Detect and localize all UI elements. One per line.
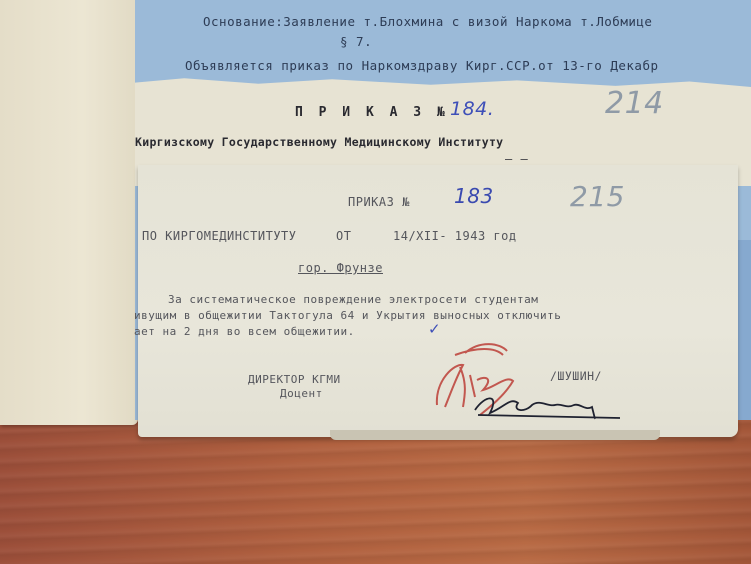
order-184-dashes: – –	[505, 152, 528, 166]
order-184-title: П Р И К А З №	[295, 105, 449, 120]
order-183-from-label: ОТ	[336, 229, 351, 243]
announce-line: Объявляется приказ по Наркомздраву Кирг.…	[185, 58, 659, 73]
director-title: Доцент	[280, 387, 323, 400]
order-183-body-line-3: ает на 2 дня во всем общежитии.	[134, 325, 355, 338]
director-position: ДИРЕКТОР КГМИ	[248, 373, 341, 386]
order-183-title: ПРИКАЗ №	[348, 195, 410, 209]
left-page-edge	[0, 0, 138, 425]
order-183-city: гор. Фрунзе	[298, 261, 383, 275]
order-183-number: 183	[454, 184, 494, 208]
ink-signature-icon	[470, 385, 630, 425]
order-183-body-line-2: ивущим в общежитии Тактогула 64 и Укрыти…	[134, 309, 561, 322]
bottom-sheet-edge	[330, 430, 660, 440]
order-183-body-line-1: За систематическое повреждение электросе…	[168, 293, 538, 306]
order-183-archive-number: 215	[570, 180, 625, 213]
order-183-date: 14/XII- 1943 год	[393, 229, 517, 243]
section-mark: § 7.	[340, 34, 372, 49]
basis-line: Основание:Заявление т.Блохмина с визой Н…	[203, 14, 652, 29]
order-184-subtitle: Киргизскому Государственному Медицинском…	[135, 135, 503, 149]
order-183-institute: ПО КИРГОМЕДИНСТИТУТУ	[142, 229, 297, 243]
order-184-number: 184.	[450, 98, 494, 120]
order-184-archive-number: 214	[605, 86, 664, 121]
director-name: /ШУШИН/	[550, 369, 602, 383]
